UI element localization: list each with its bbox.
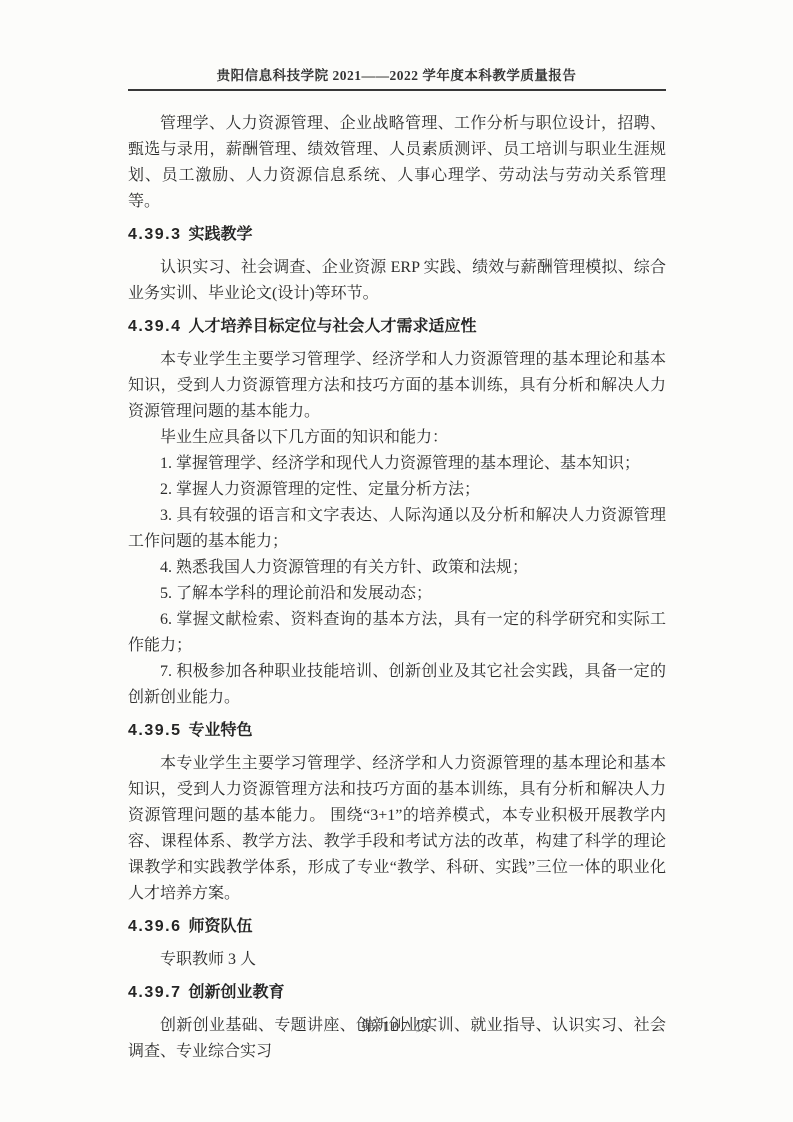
paragraph: 本专业学生主要学习管理学、经济学和人力资源管理的基本理论和基本知识，受到人力资源… — [128, 347, 666, 425]
section-number: 4.39.5 — [128, 722, 181, 739]
paragraph: 毕业生应具备以下几方面的知识和能力： — [128, 425, 666, 451]
section-heading-4-39-4: 4.39.4人才培养目标定位与社会人才需求适应性 — [128, 314, 666, 340]
section-title: 专业特色 — [188, 722, 252, 739]
paragraph: 本专业学生主要学习管理学、经济学和人力资源管理的基本理论和基本知识，受到人力资源… — [128, 751, 666, 907]
section-title: 人才培养目标定位与社会人才需求适应性 — [188, 318, 476, 335]
paragraph: 管理学、人力资源管理、企业战略管理、工作分析与职位设计，招聘、甄选与录用，薪酬管… — [128, 111, 666, 215]
paragraph: 专职教师 3 人 — [128, 947, 666, 973]
section-number: 4.39.7 — [128, 984, 181, 1001]
list-item-4: 4. 熟悉我国人力资源管理的有关方针、政策和法规； — [128, 555, 666, 581]
section-heading-4-39-3: 4.39.3实践教学 — [128, 222, 666, 248]
page-body: 管理学、人力资源管理、企业战略管理、工作分析与职位设计，招聘、甄选与录用，薪酬管… — [128, 91, 666, 1065]
page-number: 第 107 页 — [362, 1020, 432, 1035]
section-number: 4.39.3 — [128, 226, 181, 243]
list-item-7: 7. 积极参加各种职业技能培训、创新创业及其它社会实践，具备一定的创新创业能力。 — [128, 659, 666, 711]
section-title: 实践教学 — [188, 226, 252, 243]
list-item-6: 6. 掌握文献检索、资料查询的基本方法，具有一定的科学研究和实际工作能力； — [128, 607, 666, 659]
page-footer: 第 107 页 — [0, 1016, 793, 1036]
section-title: 创新创业教育 — [188, 984, 284, 1001]
section-heading-4-39-6: 4.39.6师资队伍 — [128, 914, 666, 940]
section-number: 4.39.6 — [128, 918, 181, 935]
running-header-title: 贵阳信息科技学院 2021——2022 学年度本科教学质量报告 — [0, 64, 793, 84]
list-item-3: 3. 具有较强的语言和文字表达、人际沟通以及分析和解决人力资源管理工作问题的基本… — [128, 503, 666, 555]
section-heading-4-39-5: 4.39.5专业特色 — [128, 718, 666, 744]
section-heading-4-39-7: 4.39.7创新创业教育 — [128, 980, 666, 1006]
list-item-2: 2. 掌握人力资源管理的定性、定量分析方法； — [128, 477, 666, 503]
document-page: 贵阳信息科技学院 2021——2022 学年度本科教学质量报告 管理学、人力资源… — [0, 0, 793, 1122]
paragraph: 认识实习、社会调查、企业资源 ERP 实践、绩效与薪酬管理模拟、综合业务实训、毕… — [128, 255, 666, 307]
list-item-5: 5. 了解本学科的理论前沿和发展动态； — [128, 581, 666, 607]
section-number: 4.39.4 — [128, 318, 181, 335]
list-item-1: 1. 掌握管理学、经济学和现代人力资源管理的基本理论、基本知识； — [128, 451, 666, 477]
page-header: 贵阳信息科技学院 2021——2022 学年度本科教学质量报告 — [0, 0, 793, 91]
section-title: 师资队伍 — [188, 918, 252, 935]
